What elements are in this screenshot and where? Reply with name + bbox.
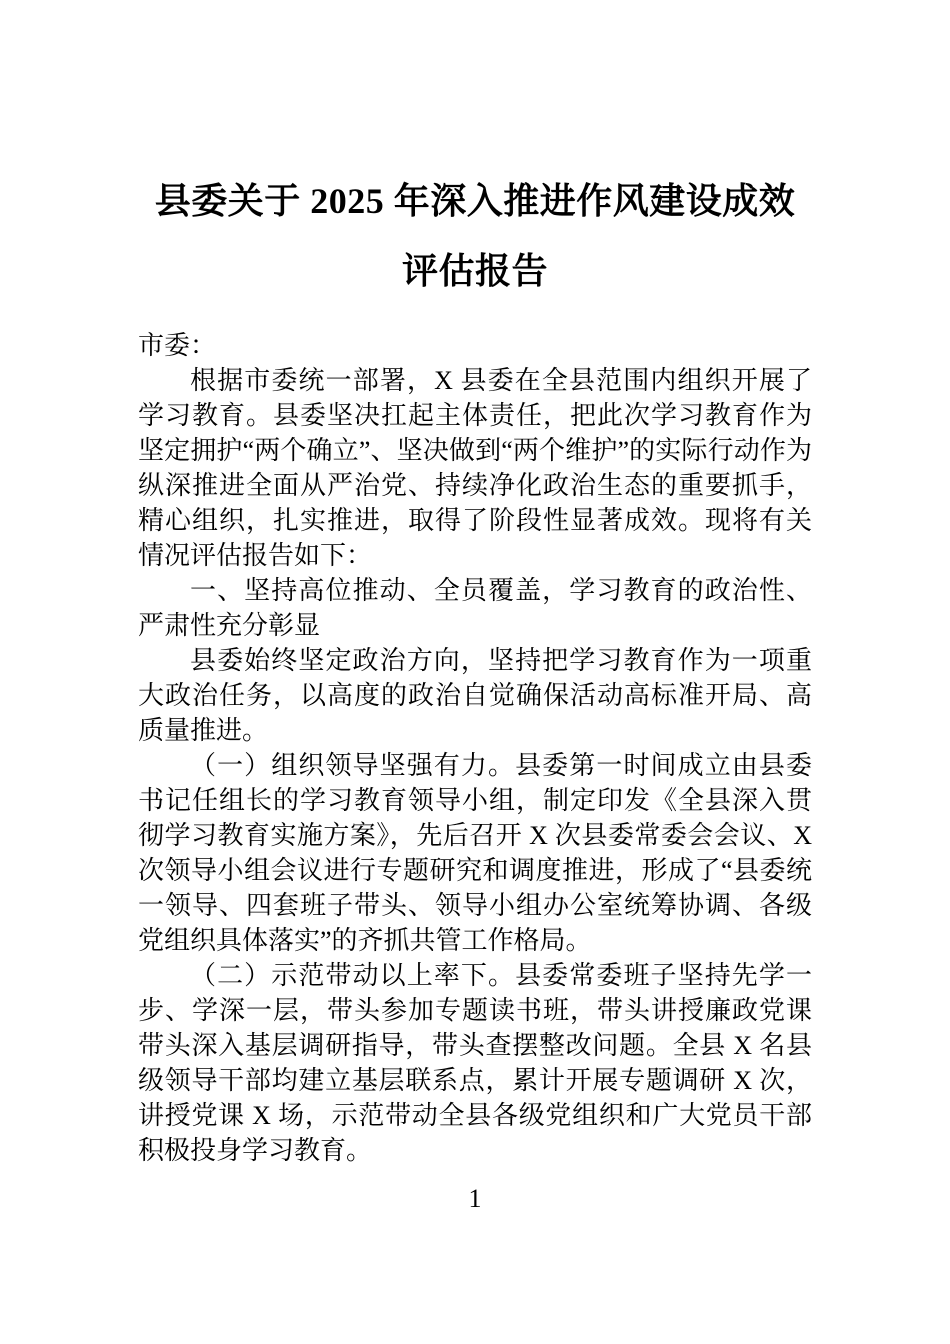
document-page: 县委关于 2025 年深入推进作风建设成效评估报告 市委： 根据市委统一部署，X… (0, 0, 950, 1344)
salutation: 市委： (138, 328, 812, 363)
paragraph-overview: 县委始终坚定政治方向，坚持把学习教育作为一项重大政治任务，以高度的政治自觉确保活… (138, 643, 812, 748)
paragraph-subsection-2: （二）示范带动以上率下。县委常委班子坚持先学一步、学深一层，带头参加专题读书班，… (138, 958, 812, 1168)
page-number: 1 (0, 1184, 950, 1214)
document-content: 县委关于 2025 年深入推进作风建设成效评估报告 市委： 根据市委统一部署，X… (138, 166, 812, 1168)
paragraph-intro: 根据市委统一部署，X 县委在全县范围内组织开展了学习教育。县委坚决扛起主体责任，… (138, 363, 812, 573)
document-title: 县委关于 2025 年深入推进作风建设成效评估报告 (138, 166, 812, 306)
section-heading-1: 一、坚持高位推动、全员覆盖，学习教育的政治性、严肃性充分彰显 (138, 573, 812, 643)
paragraph-subsection-1: （一）组织领导坚强有力。县委第一时间成立由县委书记任组长的学习教育领导小组，制定… (138, 748, 812, 958)
